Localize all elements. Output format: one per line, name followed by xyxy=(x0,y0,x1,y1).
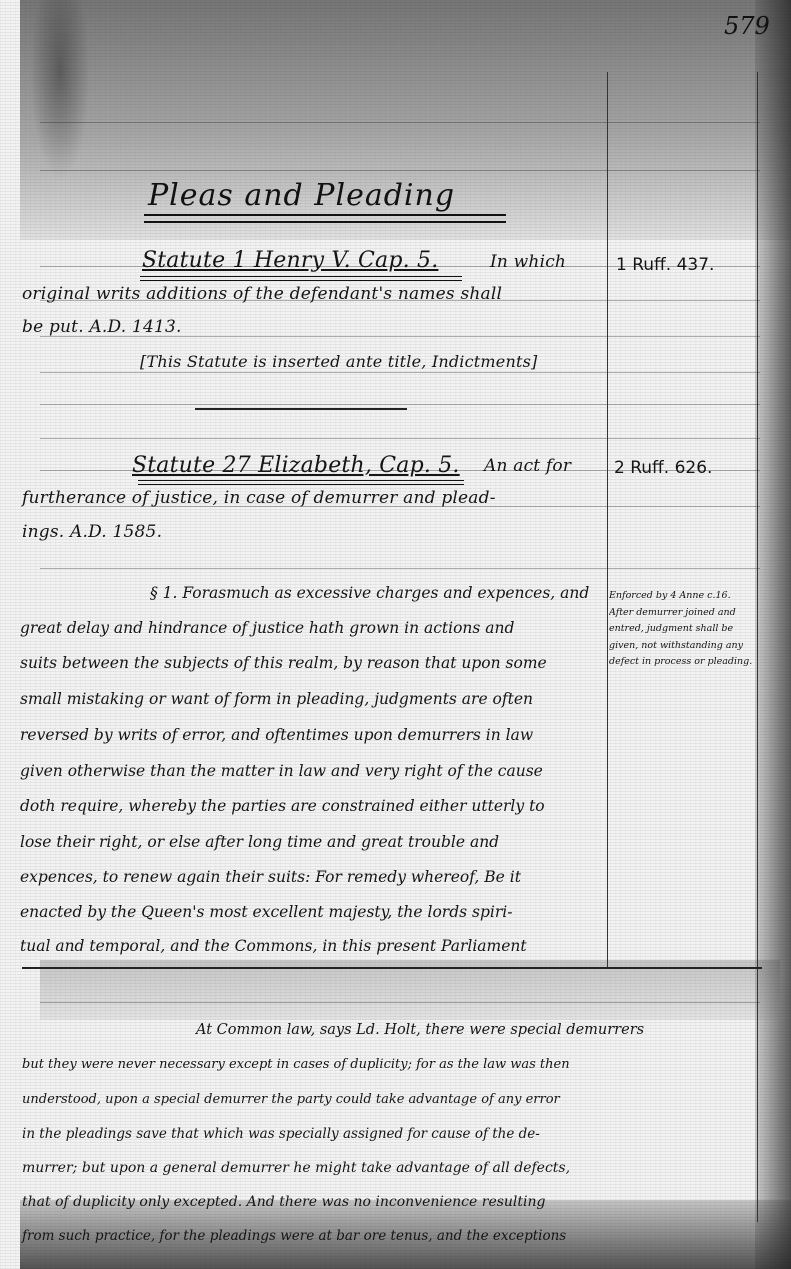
photocopy-shadow-right xyxy=(755,0,791,1269)
photocopy-shadow-left xyxy=(30,0,90,180)
commentary-line: murrer; but upon a general demurrer he m… xyxy=(22,1160,570,1176)
ruled-line xyxy=(40,568,760,569)
section1-line: suits between the subjects of this realm… xyxy=(20,654,547,672)
commentary-line: in the pleadings save that which was spe… xyxy=(22,1126,540,1142)
ruled-line xyxy=(40,122,760,123)
statute2-heading-underline xyxy=(138,480,464,485)
section1-line: doth require, whereby the parties are co… xyxy=(20,797,545,815)
commentary-line: from such practice, for the pleadings we… xyxy=(22,1228,566,1244)
section1-line: reversed by writs of error, and oftentim… xyxy=(20,726,533,744)
section-divider xyxy=(22,967,762,969)
statute2-text-line: An act for xyxy=(484,456,571,476)
margin-note-line: After demurrer joined and xyxy=(609,605,757,622)
ruled-line xyxy=(40,404,760,405)
commentary-line: but they were never necessary except in … xyxy=(22,1057,570,1072)
margin-column-rule xyxy=(607,72,608,967)
ruled-line xyxy=(40,438,760,439)
commentary-line: that of duplicity only excepted. And the… xyxy=(22,1194,546,1210)
statute1-heading: Statute 1 Henry V. Cap. 5. xyxy=(142,248,438,273)
statute2-heading: Statute 27 Elizabeth, Cap. 5. xyxy=(132,453,460,478)
section1-line: tual and temporal, and the Commons, in t… xyxy=(20,937,527,955)
page-title: Pleas and Pleading xyxy=(148,178,455,213)
statute-separator xyxy=(195,408,407,410)
manuscript-page: 579 Pleas and Pleading Statute 1 Henry V… xyxy=(0,0,791,1269)
commentary-line: At Common law, says Ld. Holt, there were… xyxy=(196,1022,644,1038)
margin-note-line: entred, judgment shall be xyxy=(609,621,757,638)
statute1-text-line: be put. A.D. 1413. xyxy=(22,317,182,337)
statute2-margin-reference: 2 Ruff. 626. xyxy=(614,458,712,478)
statute1-bracket-note: [This Statute is inserted ante title, In… xyxy=(140,352,537,371)
right-edge-rule xyxy=(757,72,758,1222)
statute1-text-line: original writs additions of the defendan… xyxy=(22,284,502,304)
section1-line: enacted by the Queen's most excellent ma… xyxy=(20,903,512,921)
section1-line: § 1. Forasmuch as excessive charges and … xyxy=(150,584,589,602)
title-underline xyxy=(144,214,506,223)
statute2-text-line: furtherance of justice, in case of demur… xyxy=(22,488,496,508)
ruled-line xyxy=(40,170,760,171)
statute2-text-line: ings. A.D. 1585. xyxy=(22,522,162,542)
section1-line: expences, to renew again their suits: Fo… xyxy=(20,868,521,886)
section1-margin-note: Enforced by 4 Anne c.16. After demurrer … xyxy=(609,588,757,671)
section1-line: given otherwise than the matter in law a… xyxy=(20,762,543,780)
margin-note-line: defect in process or pleading. xyxy=(609,654,757,671)
section1-line: great delay and hindrance of justice hat… xyxy=(20,619,514,637)
photocopy-shadow-middle xyxy=(40,960,780,1020)
section1-line: lose their right, or else after long tim… xyxy=(20,833,499,851)
statute1-text-line: In which xyxy=(490,252,566,272)
section1-line: small mistaking or want of form in plead… xyxy=(20,690,533,708)
page-number: 579 xyxy=(724,12,770,40)
margin-note-line: Enforced by 4 Anne c.16. xyxy=(609,588,757,605)
commentary-line: understood, upon a special demurrer the … xyxy=(22,1092,560,1107)
statute1-heading-underline xyxy=(140,276,462,281)
ruled-line xyxy=(40,1002,760,1003)
ruled-line xyxy=(40,372,760,373)
margin-note-line: given, not withstanding any xyxy=(609,638,757,655)
statute1-margin-reference: 1 Ruff. 437. xyxy=(616,255,714,275)
